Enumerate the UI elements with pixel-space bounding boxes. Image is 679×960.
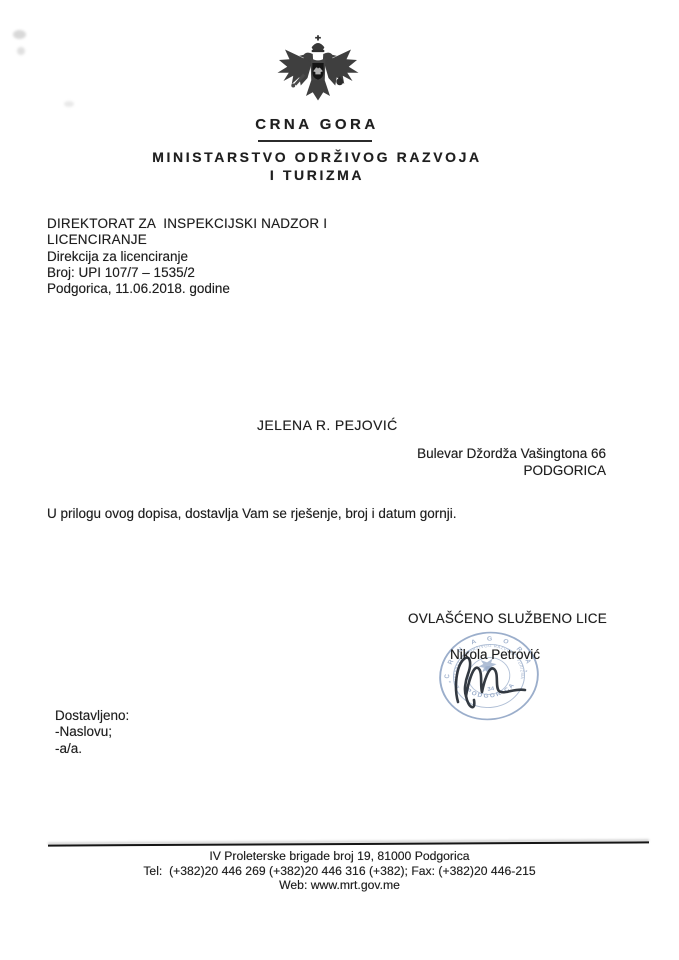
header-divider xyxy=(258,140,372,142)
directorate-line2: LICENCIRANJE xyxy=(47,232,327,248)
footer-web: Web: www.mrt.gov.me xyxy=(0,878,679,893)
footer: IV Proleterske brigade broj 19, 81000 Po… xyxy=(0,849,679,893)
ministry-name-line1: MINISTARSTVO ODRŽIVOG RAZVOJA xyxy=(0,149,634,165)
delivery-label: Dostavljeno: xyxy=(55,708,129,724)
case-number: Broj: UPI 107/7 – 1535/2 xyxy=(47,265,327,281)
document-page: CRNA GORA MINISTARSTVO ODRŽIVOG RAZVOJA … xyxy=(0,0,679,960)
delivery-block: Dostavljeno: -Naslovu; -a/a. xyxy=(55,708,129,757)
delivery-item: -a/a. xyxy=(55,741,129,757)
coat-of-arms-icon xyxy=(273,33,363,111)
directorate-line1: DIREKTORAT ZA INSPEKCIJSKI NADZOR I xyxy=(47,216,327,232)
signer-title: OVLAŠĆENO SLUŽBENO LICE xyxy=(408,611,607,626)
scan-artifact xyxy=(13,30,26,39)
country-title: CRNA GORA xyxy=(0,116,634,133)
handwritten-signature xyxy=(448,650,538,718)
direction-line: Direkcija za licenciranje xyxy=(47,249,327,265)
delivery-item: -Naslovu; xyxy=(55,724,129,740)
recipient-city: PODGORICA xyxy=(350,463,606,480)
letter-body: U prilogu ovog dopisa, dostavlja Vam se … xyxy=(47,506,456,521)
recipient-street: Bulevar Džordža Vašingtona 66 xyxy=(350,446,606,463)
scan-artifact xyxy=(64,101,74,107)
recipient-name: JELENA R. PEJOVIĆ xyxy=(257,417,398,433)
footer-rule xyxy=(48,841,649,846)
footer-contacts: Tel: (+382)20 446 269 (+382)20 446 316 (… xyxy=(0,864,679,879)
place-date: Podgorica, 11.06.2018. godine xyxy=(47,281,327,297)
ministry-name-line2: I TURIZMA xyxy=(0,167,634,183)
reference-block: DIREKTORAT ZA INSPEKCIJSKI NADZOR I LICE… xyxy=(47,216,327,297)
scan-artifact xyxy=(17,47,25,55)
footer-address: IV Proleterske brigade broj 19, 81000 Po… xyxy=(0,849,679,864)
recipient-address-block: Bulevar Džordža Vašingtona 66 PODGORICA xyxy=(350,446,606,479)
